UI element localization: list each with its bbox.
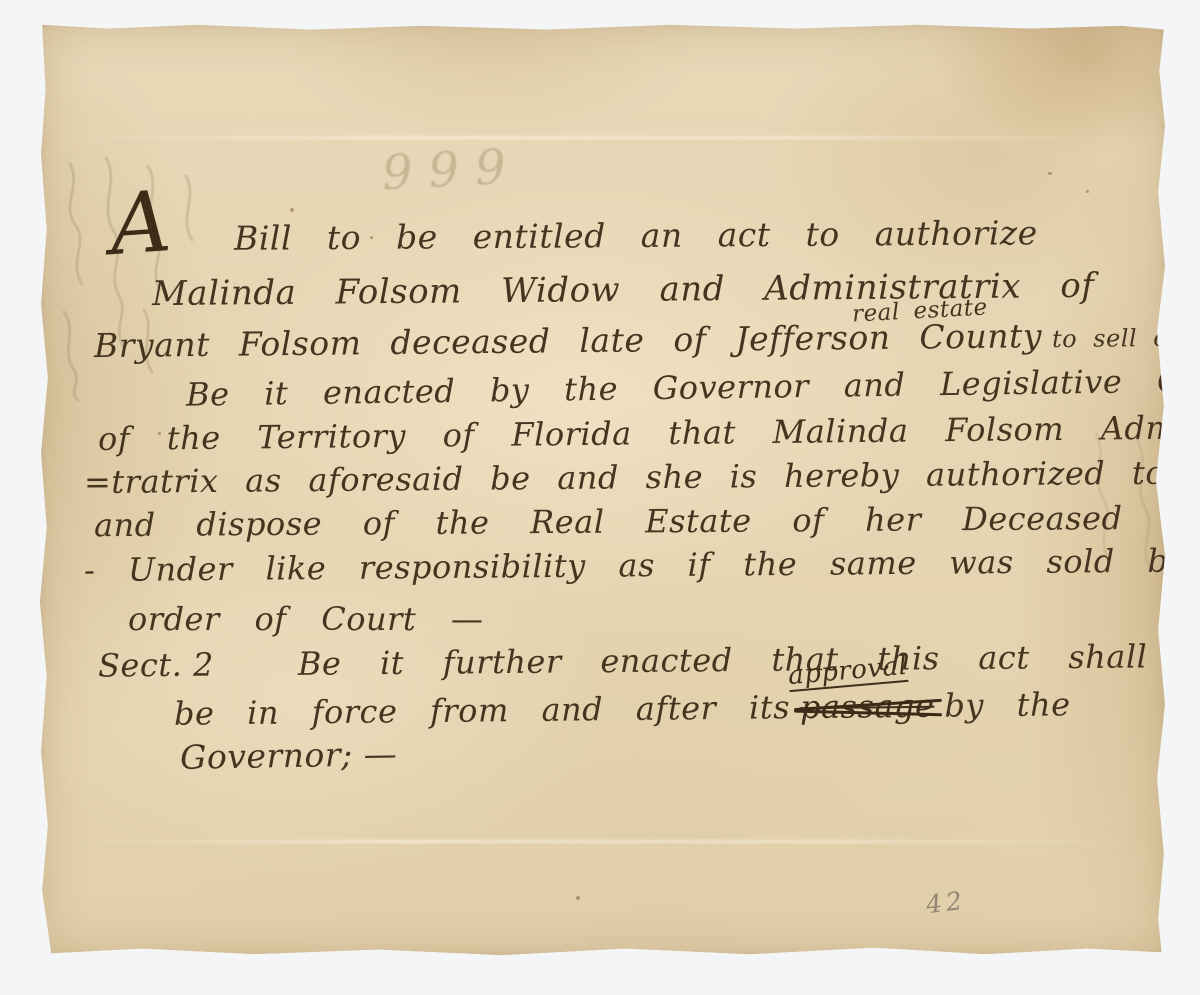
enacting-clause-line-3: =tratrix as aforesaid be and she is here…	[84, 453, 1200, 501]
paper-fold-line	[40, 136, 1166, 139]
section-2-text: Be it further enacted that this act shal…	[298, 637, 1148, 682]
document-scan: 999 A Bill to be entitled an act to auth…	[0, 0, 1200, 995]
section-2-line-2-pre: be in force from and after its	[174, 688, 790, 732]
paper-fold-line	[40, 840, 1166, 843]
paper-speck	[1048, 172, 1052, 175]
bill-title-line-1: Bill to be entitled an act to authorize	[234, 213, 1038, 258]
bill-title-line-3: Bryant Folsom deceased late of Jefferson…	[94, 314, 1200, 370]
pencil-page-number: 42	[924, 886, 967, 920]
section-2-label: Sect. 2	[98, 646, 214, 685]
drop-cap-letter: A	[107, 172, 175, 274]
paper-sheet: 999 A Bill to be entitled an act to auth…	[40, 24, 1166, 956]
section-2-line-2: be in force from and after itspassageby …	[174, 685, 1071, 732]
section-2-line-1: Sect. 2Be it further enacted that this a…	[98, 637, 1148, 684]
enacting-clause-line-2: of the Territory of Florida that Malinda…	[98, 408, 1200, 458]
paper-speck	[290, 208, 294, 212]
ghost-page-numbers: 999	[381, 138, 523, 201]
enacting-clause-line-4: and dispose of the Real Estate of her De…	[94, 498, 1200, 544]
bill-title-line-3-main: Bryant Folsom deceased late of Jefferson…	[94, 316, 1042, 365]
enacting-clause-line-5: - Under like responsibility as if the sa…	[84, 541, 1200, 589]
section-2-line-2-post: by the	[944, 685, 1071, 724]
paper-speck	[1086, 190, 1089, 193]
enacting-clause-line-6: order of Court —	[128, 600, 483, 638]
enacting-clause-line-1: Be it enacted by the Governor and Legisl…	[186, 360, 1200, 413]
paper-speck	[576, 896, 580, 900]
section-2-line-3: Governor; —	[180, 734, 398, 777]
section-gap	[214, 675, 298, 676]
struck-word-passage: passage	[800, 687, 935, 726]
bill-title-line-3-tail: to sell certain	[1052, 323, 1200, 353]
